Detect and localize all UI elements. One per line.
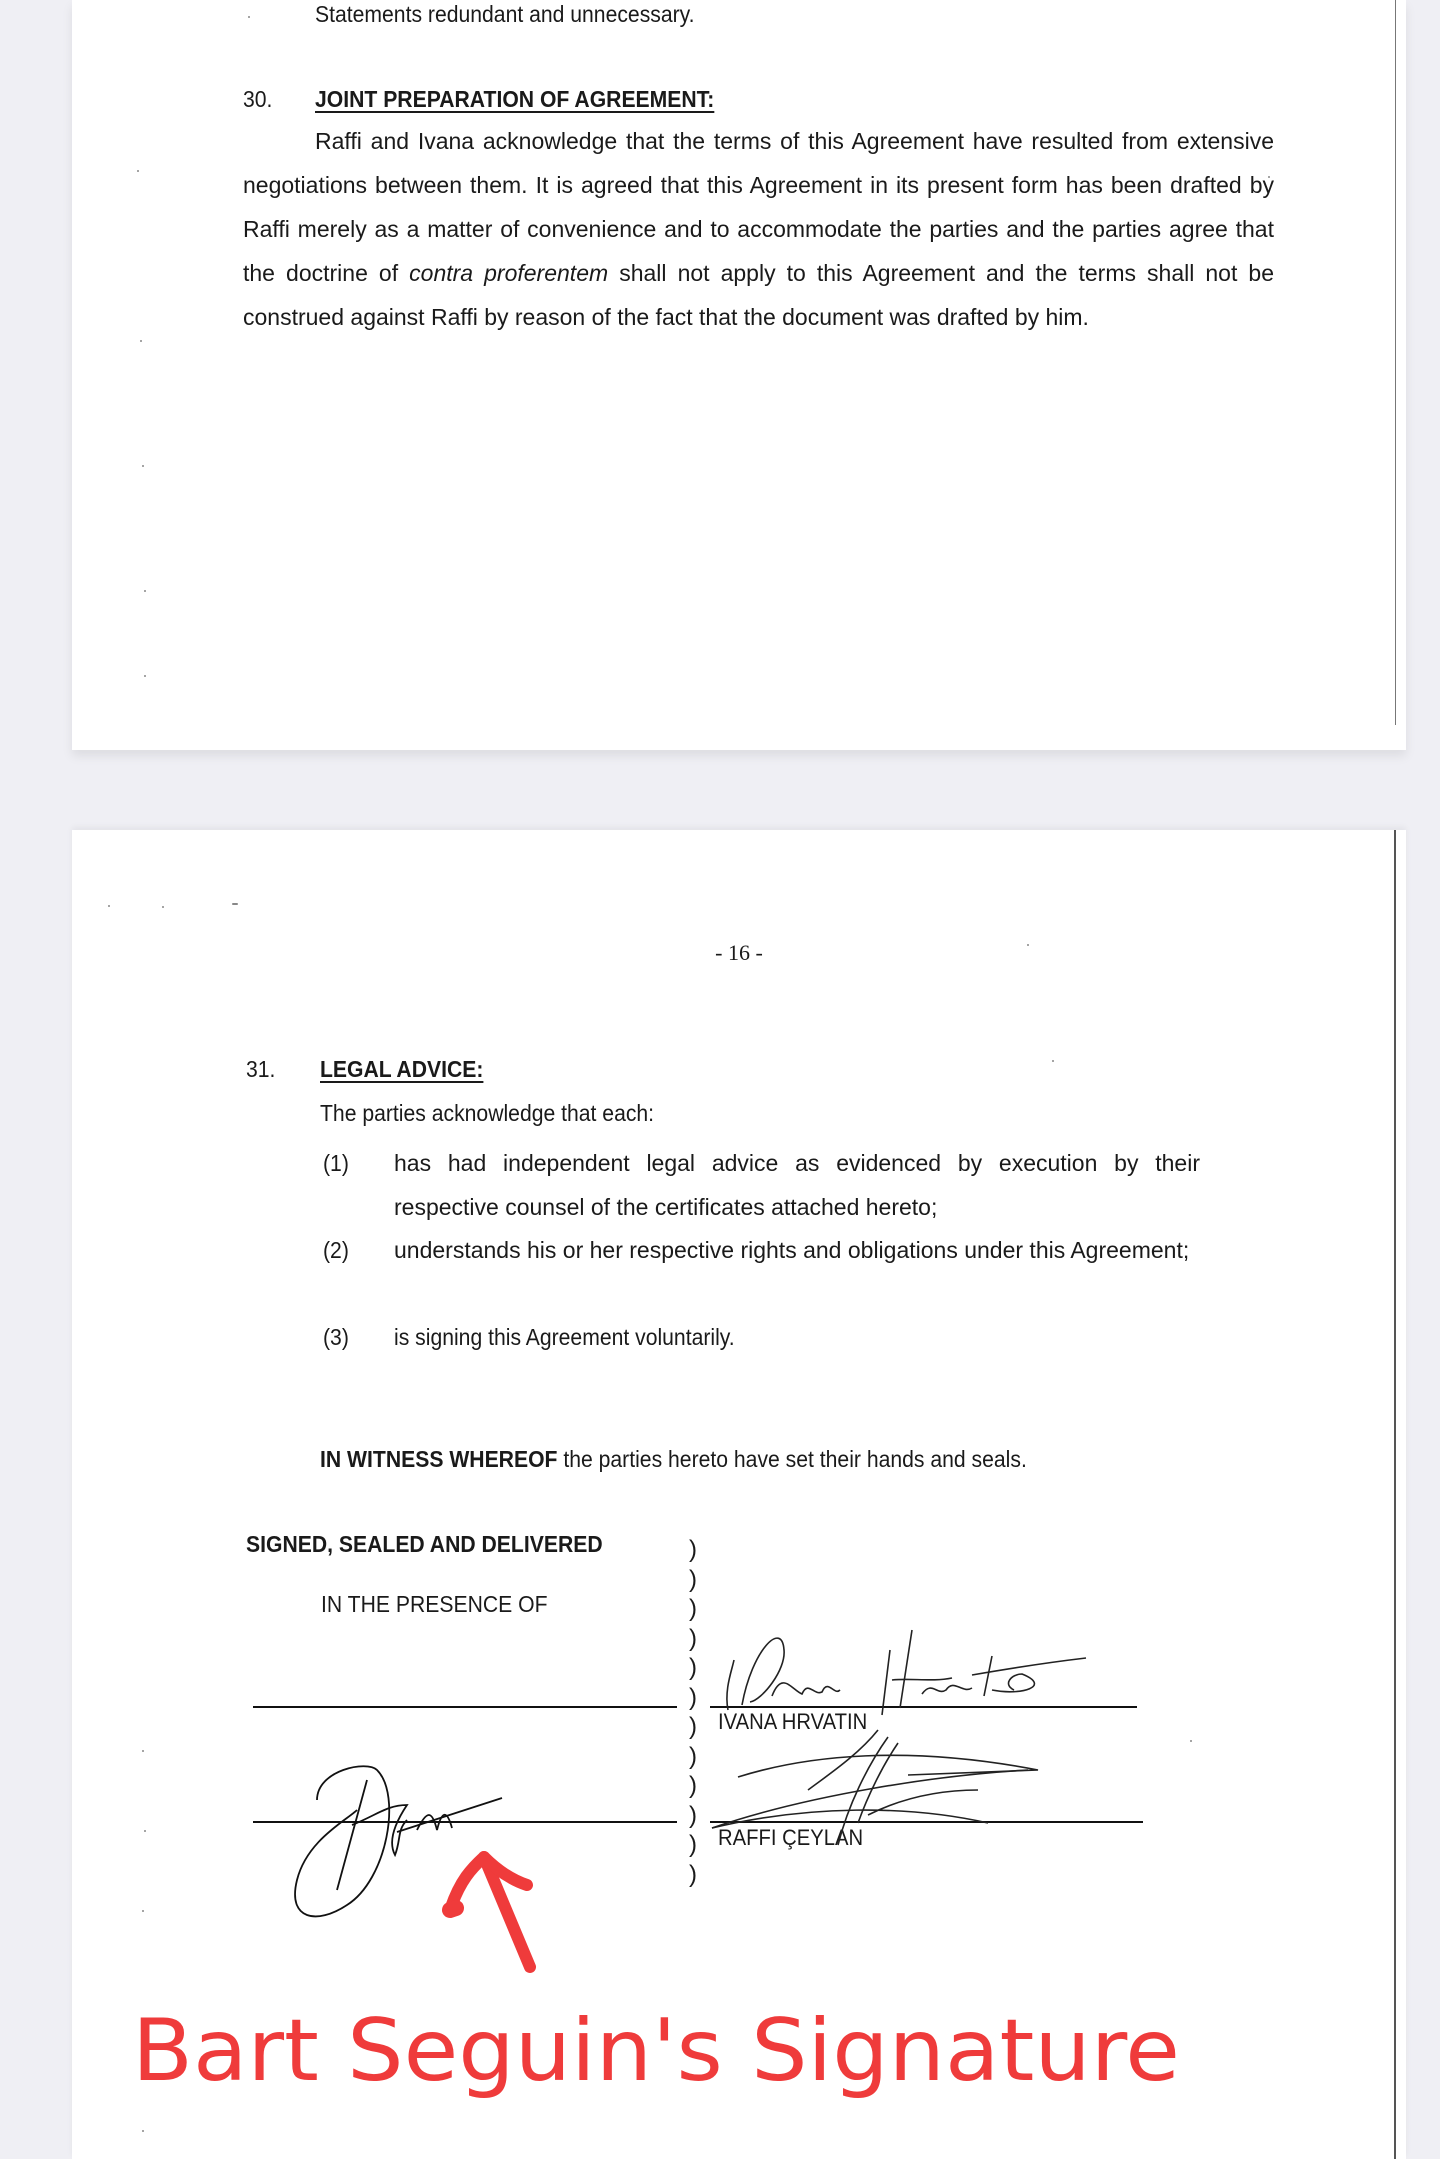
scan-edge-line [1395, 0, 1396, 725]
paren-mark: ) [689, 1686, 697, 1710]
witness-bold: IN WITNESS WHEREOF [320, 1446, 557, 1472]
document-page-15: Statements redundant and unnecessary. 30… [72, 0, 1406, 750]
item-label: (2) [323, 1239, 349, 1262]
witness-clause: IN WITNESS WHEREOF the parties hereto ha… [320, 1448, 1027, 1471]
paren-mark: ) [689, 1568, 697, 1592]
scan-speck [142, 465, 144, 467]
paren-mark: ) [689, 1656, 697, 1680]
paren-mark: ) [689, 1715, 697, 1739]
scan-speck [144, 1830, 146, 1832]
paren-mark: ) [689, 1538, 697, 1562]
section-intro: The parties acknowledge that each: [320, 1102, 654, 1125]
scan-speck [1027, 944, 1029, 946]
section-number: 31. [246, 1058, 275, 1081]
signed-sealed-label: SIGNED, SEALED AND DELIVERED [246, 1533, 603, 1556]
item-text: understands his or her respective rights… [394, 1228, 1200, 1272]
raffi-signature [708, 1725, 1148, 1845]
scan-speck [108, 905, 110, 907]
scan-speck [1052, 1060, 1054, 1062]
page-number: - 16 - [72, 940, 1406, 966]
section-paragraph: Raffi and Ivana acknowledge that the ter… [243, 119, 1274, 339]
paren-mark: ) [689, 1804, 697, 1828]
scan-speck [1190, 1740, 1192, 1742]
scan-speck [142, 1910, 144, 1912]
paren-mark: ) [689, 1774, 697, 1798]
witness-text: the parties hereto have set their hands … [557, 1446, 1026, 1472]
ivana-signature [722, 1630, 1142, 1720]
section-heading: JOINT PREPARATION OF AGREEMENT: [315, 88, 714, 111]
paren-mark: ) [689, 1863, 697, 1887]
item-text: is signing this Agreement voluntarily. [394, 1326, 735, 1349]
paren-mark: ) [689, 1597, 697, 1621]
scan-speck [144, 675, 146, 677]
annotation-text: Bart Seguin's Signature [132, 1980, 1192, 2120]
presence-label: IN THE PRESENCE OF [321, 1593, 548, 1616]
scan-speck [248, 16, 250, 18]
item-text: has had independent legal advice as evid… [394, 1141, 1200, 1229]
scan-speck [144, 590, 146, 592]
previous-paragraph-tail: Statements redundant and unnecessary. [315, 3, 695, 26]
scan-speck [142, 1750, 144, 1752]
item-label: (1) [323, 1152, 349, 1175]
section-number: 30. [243, 88, 272, 111]
scan-speck [140, 340, 142, 342]
witness-signature-line-1 [253, 1706, 677, 1708]
paren-mark: ) [689, 1833, 697, 1857]
scan-speck [162, 906, 164, 908]
scan-speck [1268, 176, 1270, 178]
italic-term: contra proferentem [409, 260, 608, 286]
annotation-arrow-icon [442, 1850, 552, 1980]
section-heading: LEGAL ADVICE: [320, 1058, 483, 1081]
document-page-16: - 16 - 31. LEGAL ADVICE: The parties ack… [72, 830, 1406, 2159]
scan-edge-line [1394, 830, 1396, 2159]
item-label: (3) [323, 1326, 349, 1349]
scan-speck [142, 2130, 144, 2132]
scan-speck [137, 170, 139, 172]
paren-mark: ) [689, 1745, 697, 1769]
scan-speck [232, 903, 238, 905]
svg-text:Bart Seguin's Signature: Bart Seguin's Signature [132, 2001, 1180, 2101]
paren-mark: ) [689, 1627, 697, 1651]
